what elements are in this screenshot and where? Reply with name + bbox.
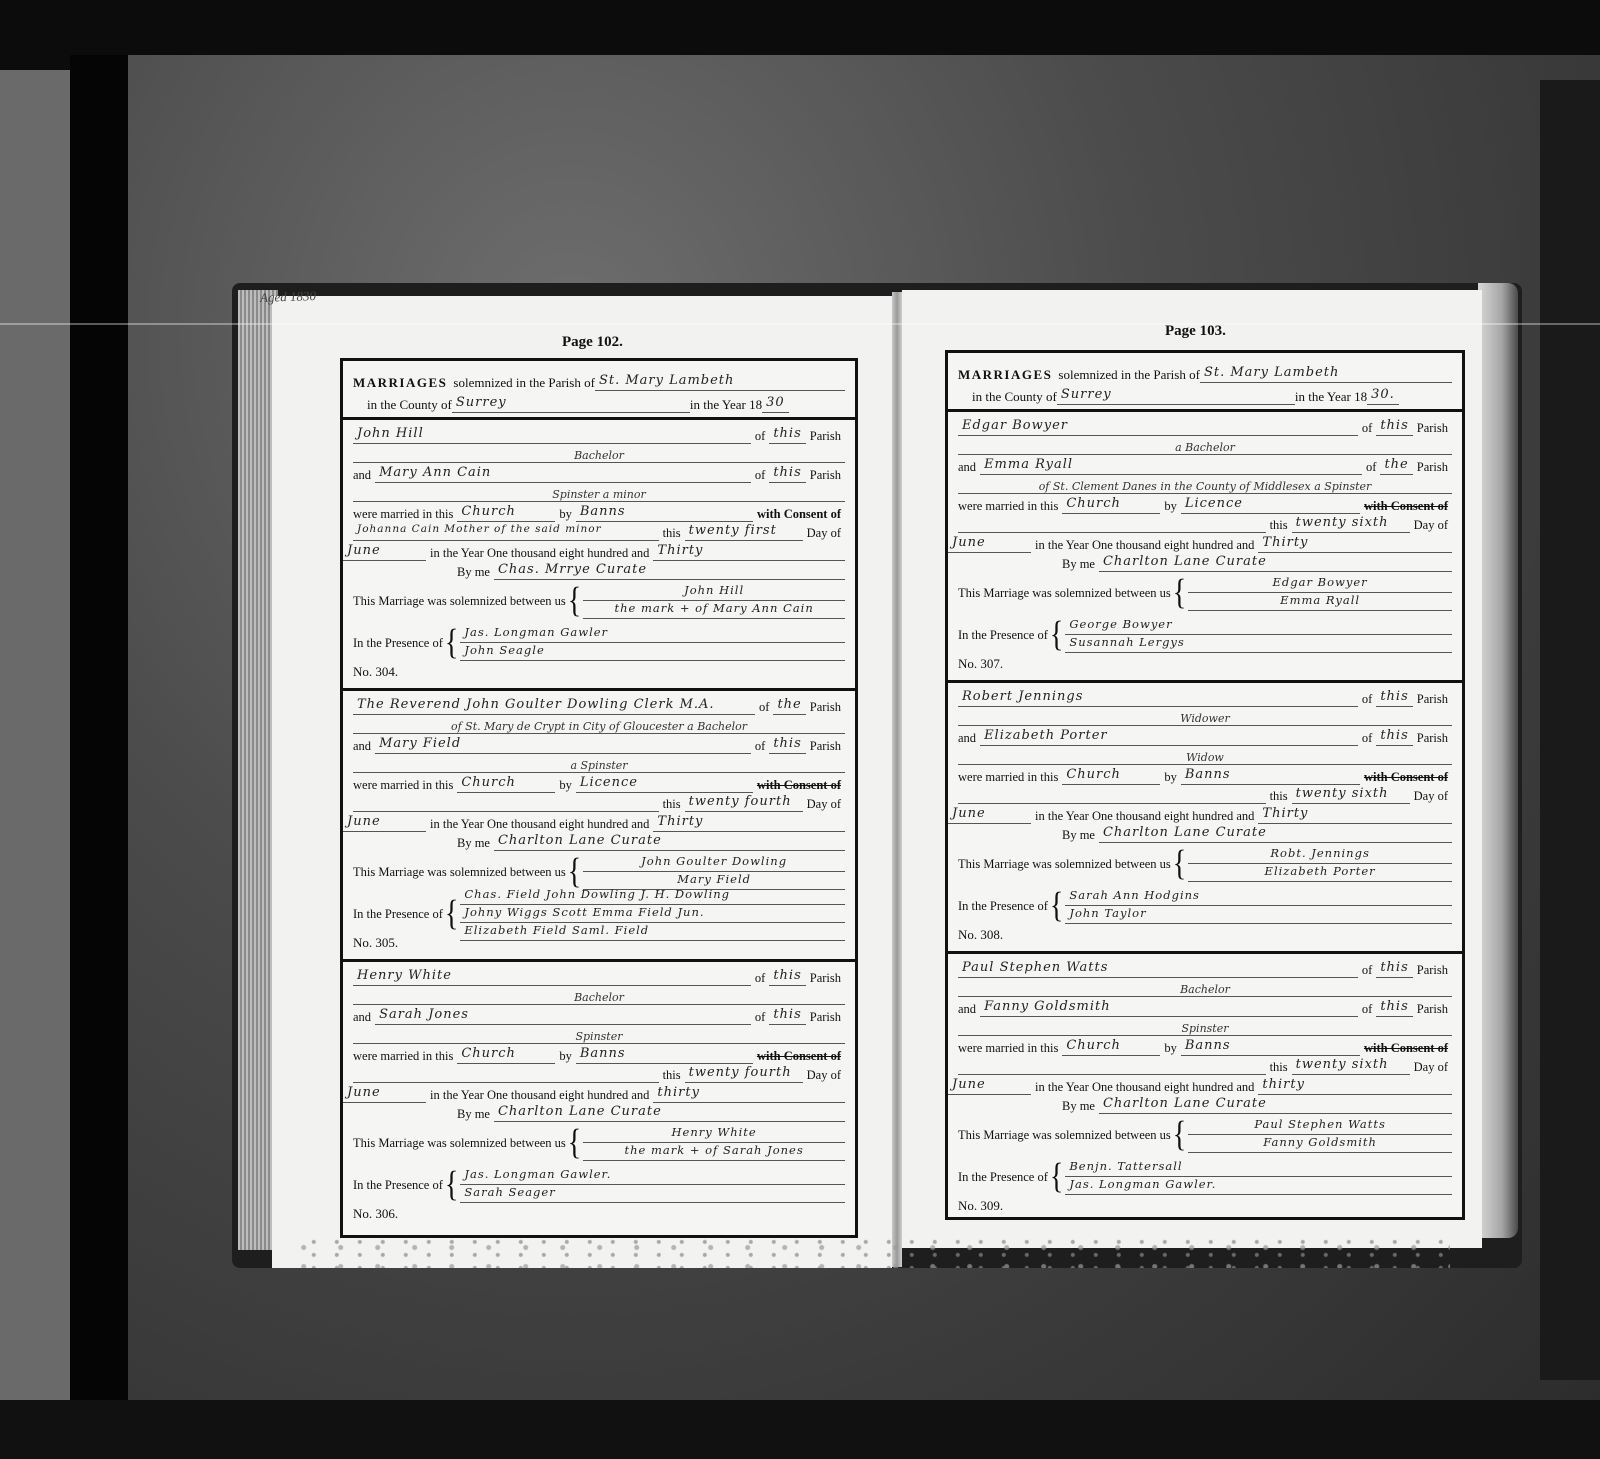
header-parish-line: MARRIAGESsolemnized in the Parish ofSt. … — [958, 361, 1452, 383]
groom-row: Henry WhiteofthisParish — [353, 966, 845, 986]
county-name-field: Surrey — [1057, 387, 1295, 405]
solemnized-between-label: This Marriage was solemnized between us — [353, 865, 566, 880]
officiant-field: Charlton Lane Curate — [1099, 825, 1452, 843]
register-header: MARRIAGESsolemnized in the Parish ofSt. … — [948, 353, 1462, 412]
brace-icon: { — [1173, 1122, 1186, 1148]
signature-list: John Hillthe mark + of Mary Ann Cain — [583, 583, 845, 619]
scanner-left-shadow — [70, 55, 128, 1459]
signature: Henry White — [583, 1125, 845, 1143]
by-me-label: By me — [457, 1107, 490, 1122]
of-label: of — [1366, 460, 1376, 475]
entry-number: No. 306. — [353, 1206, 845, 1224]
bride-parish: this — [1376, 999, 1412, 1017]
bride-condition-row: Spinster — [353, 1025, 845, 1045]
by-me-label: By me — [457, 836, 490, 851]
marriage-entry: Robert JenningsofthisParishWidowerandEli… — [948, 683, 1462, 954]
bride-condition: a Spinster — [353, 759, 845, 773]
day-field: twenty fourth — [685, 794, 803, 812]
consent-label: with Consent of — [1364, 1041, 1448, 1056]
scan-artifact-line — [0, 323, 1600, 325]
parish-label: Parish — [810, 700, 841, 715]
brace-icon: { — [1050, 1164, 1063, 1190]
were-married-label: were married in this — [353, 507, 453, 522]
groom-condition-row: Bachelor — [958, 978, 1452, 998]
presence-label: In the Presence of — [353, 636, 443, 651]
witness: George Bowyer — [1065, 617, 1452, 635]
groom-parish: this — [1376, 960, 1412, 978]
month-year-row: Junein the Year One thousand eight hundr… — [353, 1083, 845, 1103]
officiant-row: By meCharlton Lane Curate — [958, 824, 1452, 844]
this-label: this — [663, 797, 681, 812]
month-field: June — [948, 806, 1031, 824]
year-words-field: Thirty — [1258, 806, 1452, 824]
groom-condition: Bachelor — [353, 449, 845, 463]
groom-row: Robert JenningsofthisParish — [958, 687, 1452, 707]
officiant-field: Charlton Lane Curate — [1099, 554, 1452, 572]
officiant-field: Charlton Lane Curate — [494, 1104, 845, 1122]
bride-condition: of St. Clement Danes in the County of Mi… — [958, 480, 1452, 494]
day-of-label: Day of — [807, 1068, 841, 1083]
brace-icon: { — [568, 859, 581, 885]
of-label: of — [755, 468, 765, 483]
month-year-row: Junein the Year One thousand eight hundr… — [353, 541, 845, 561]
solemnized-between-label: This Marriage was solemnized between us — [353, 1136, 566, 1151]
solemnized-between-label: This Marriage was solemnized between us — [958, 586, 1171, 601]
date-row: thistwenty sixthDay of — [958, 514, 1452, 534]
of-label: of — [1362, 421, 1372, 436]
parish-label: Parish — [1417, 963, 1448, 978]
signature-list: Edgar BowyerEmma Ryall — [1188, 575, 1452, 611]
signature: the mark + of Sarah Jones — [583, 1143, 845, 1161]
of-label: of — [1362, 692, 1372, 707]
year-text-label: in the Year One thousand eight hundred a… — [430, 1088, 649, 1103]
month-year-row: Junein the Year One thousand eight hundr… — [958, 533, 1452, 553]
by-me-label: By me — [1062, 557, 1095, 572]
witness-list: Jas. Longman Gawler.Sarah Seager — [460, 1167, 845, 1203]
marriage-entry: Henry WhiteofthisParishBachelorandSarah … — [343, 962, 855, 1230]
bride-condition: Widow — [958, 751, 1452, 765]
of-label: of — [755, 971, 765, 986]
solemnized-between-label: This Marriage was solemnized between us — [958, 857, 1171, 872]
parish-label: solemnized in the Parish of — [1058, 367, 1200, 383]
bride-condition: Spinster a minor — [353, 488, 845, 502]
entry-number: No. 308. — [958, 927, 1452, 945]
groom-condition-row: of St. Mary de Crypt in City of Gloucest… — [353, 715, 845, 735]
witness-list: Sarah Ann HodginsJohn Taylor — [1065, 888, 1452, 924]
ceremony-place: Church — [1062, 767, 1160, 785]
groom-condition-row: Bachelor — [353, 444, 845, 464]
presence-label: In the Presence of — [353, 907, 443, 922]
presence-label: In the Presence of — [958, 628, 1048, 643]
by-label: by — [559, 1049, 572, 1064]
month-field: June — [948, 535, 1031, 553]
parish-label: Parish — [1417, 1002, 1448, 1017]
groom-parish: this — [1376, 418, 1412, 436]
of-label: of — [1362, 731, 1372, 746]
witness-list: George BowyerSusannah Lergys — [1065, 617, 1452, 653]
signature: John Goulter Dowling — [583, 854, 845, 872]
marriage-entry: Paul Stephen WattsofthisParishBacheloran… — [948, 954, 1462, 1222]
by-me-label: By me — [457, 565, 490, 580]
bride-condition-row: of St. Clement Danes in the County of Mi… — [958, 475, 1452, 495]
ceremony-row: were married in thisChurchbyBannswith Co… — [353, 502, 845, 522]
consent-label: with Consent of — [757, 1049, 841, 1064]
and-label: and — [958, 731, 976, 746]
book-gutter — [892, 292, 902, 1267]
bride-condition-row: Spinster — [958, 1017, 1452, 1037]
year-label: in the Year 18 — [1295, 389, 1367, 405]
brace-icon: { — [445, 901, 458, 927]
witness: Johny Wiggs Scott Emma Field Jun. — [460, 905, 845, 923]
day-field: twenty sixth — [1292, 1057, 1410, 1075]
brace-icon: { — [1173, 580, 1186, 606]
brace-icon: { — [568, 588, 581, 614]
year-text-label: in the Year One thousand eight hundred a… — [1035, 1080, 1254, 1095]
this-label: this — [663, 526, 681, 541]
witness: Susannah Lergys — [1065, 635, 1452, 653]
parish-label: Parish — [810, 468, 841, 483]
this-label: this — [663, 1068, 681, 1083]
ceremony-place: Church — [457, 775, 555, 793]
date-row: thistwenty sixthDay of — [958, 1056, 1452, 1076]
groom-parish: this — [769, 426, 805, 444]
marriage-entry: The Reverend John Goulter Dowling Clerk … — [343, 691, 855, 962]
month-year-row: Junein the Year One thousand eight hundr… — [958, 1075, 1452, 1095]
officiant-field: Charlton Lane Curate — [494, 833, 845, 851]
signature: Robt. Jennings — [1188, 846, 1452, 864]
brace-icon: { — [568, 1130, 581, 1156]
year-text-label: in the Year One thousand eight hundred a… — [1035, 809, 1254, 824]
presence-label: In the Presence of — [353, 1178, 443, 1193]
bride-row: andMary FieldofthisParish — [353, 734, 845, 754]
day-of-label: Day of — [1414, 518, 1448, 533]
officiant-row: By meChas. Mrrye Curate — [353, 561, 845, 581]
consent-of-field: Johanna Cain Mother of the said minor — [353, 523, 659, 541]
signature: the mark + of Mary Ann Cain — [583, 601, 845, 619]
bride-condition: Spinster — [353, 1030, 845, 1044]
by-label: by — [559, 778, 572, 793]
scanner-right-shadow — [1540, 80, 1600, 1380]
were-married-label: were married in this — [353, 1049, 453, 1064]
of-label: of — [755, 739, 765, 754]
consent-of-field — [353, 794, 659, 812]
date-row: thistwenty fourthDay of — [353, 793, 845, 813]
solemnized-between-label: This Marriage was solemnized between us — [353, 594, 566, 609]
by-label: by — [559, 507, 572, 522]
by-label: by — [1164, 499, 1177, 514]
bride-name: Fanny Goldsmith — [980, 999, 1358, 1017]
parish-label: Parish — [810, 739, 841, 754]
witnesses-row: In the Presence of{Jas. Longman Gawler.S… — [353, 1164, 845, 1206]
consent-of-field — [958, 1057, 1266, 1075]
brace-icon: { — [445, 630, 458, 656]
and-label: and — [958, 460, 976, 475]
marriages-heading: MARRIAGES — [958, 367, 1052, 383]
scanner-left-edge — [0, 70, 70, 1400]
county-label: in the County of — [972, 389, 1057, 405]
month-field: June — [343, 814, 426, 832]
month-field: June — [343, 1085, 426, 1103]
witness: John Taylor — [1065, 906, 1452, 924]
presence-label: In the Presence of — [958, 1170, 1048, 1185]
bride-parish: this — [769, 1007, 805, 1025]
witness-list: Benjn. TattersallJas. Longman Gawler. — [1065, 1159, 1452, 1195]
parish-label: Parish — [1417, 421, 1448, 436]
witnesses-row: In the Presence of{Sarah Ann HodginsJohn… — [958, 885, 1452, 927]
year-words-field: thirty — [1258, 1077, 1452, 1095]
brace-icon: { — [1050, 622, 1063, 648]
groom-parish: the — [773, 697, 805, 715]
and-label: and — [353, 1010, 371, 1025]
groom-name: Paul Stephen Watts — [958, 960, 1358, 978]
this-label: this — [1270, 789, 1288, 804]
groom-condition: of St. Mary de Crypt in City of Gloucest… — [353, 720, 845, 734]
parish-label: Parish — [810, 971, 841, 986]
date-row: Johanna Cain Mother of the said minorthi… — [353, 522, 845, 542]
parish-label: Parish — [1417, 692, 1448, 707]
bride-condition-row: Widow — [958, 746, 1452, 766]
entry-number: No. 307. — [958, 656, 1452, 674]
parish-name-field: St. Mary Lambeth — [595, 373, 845, 391]
header-county-line: in the County ofSurreyin the Year 1830 — [353, 391, 845, 413]
signature: Elizabeth Porter — [1188, 864, 1452, 882]
signatures-row: This Marriage was solemnized between us{… — [958, 1114, 1452, 1156]
groom-name: John Hill — [353, 426, 751, 444]
groom-condition-row: Widower — [958, 707, 1452, 727]
bride-parish: this — [769, 736, 805, 754]
witness: Benjn. Tattersall — [1065, 1159, 1452, 1177]
year-suffix-field: 30. — [1367, 387, 1399, 405]
day-field: twenty sixth — [1292, 515, 1410, 533]
bride-row: andMary Ann CainofthisParish — [353, 463, 845, 483]
ceremony-place: Church — [1062, 1038, 1160, 1056]
signatures-row: This Marriage was solemnized between us{… — [958, 843, 1452, 885]
and-label: and — [353, 739, 371, 754]
year-words-field: Thirty — [653, 814, 845, 832]
bride-row: andElizabeth PorterofthisParish — [958, 726, 1452, 746]
signature-list: John Goulter DowlingMary Field — [583, 854, 845, 890]
consent-label: with Consent of — [1364, 770, 1448, 785]
by-me-label: By me — [1062, 1099, 1095, 1114]
and-label: and — [958, 1002, 976, 1017]
signatures-row: This Marriage was solemnized between us{… — [353, 1122, 845, 1164]
bride-row: andFanny GoldsmithofthisParish — [958, 997, 1452, 1017]
witness: Elizabeth Field Saml. Field — [460, 923, 845, 941]
groom-row: The Reverend John Goulter Dowling Clerk … — [353, 695, 845, 715]
ceremony-by: Banns — [576, 1046, 753, 1064]
county-name-field: Surrey — [452, 395, 690, 413]
consent-label: with Consent of — [1364, 499, 1448, 514]
groom-name: Henry White — [353, 968, 751, 986]
bride-row: andEmma RyalloftheParish — [958, 455, 1452, 475]
witnesses-row: In the Presence of{Jas. Longman GawlerJo… — [353, 622, 845, 664]
month-field: June — [343, 543, 426, 561]
this-label: this — [1270, 1060, 1288, 1075]
groom-condition: Widower — [958, 712, 1452, 726]
of-label: of — [755, 429, 765, 444]
consent-of-field — [958, 515, 1266, 533]
bride-name: Mary Field — [375, 736, 751, 754]
and-label: and — [353, 468, 371, 483]
ceremony-place: Church — [457, 1046, 555, 1064]
ceremony-by: Licence — [1181, 496, 1360, 514]
marriages-heading: MARRIAGES — [353, 375, 447, 391]
were-married-label: were married in this — [958, 499, 1058, 514]
page-title-102: Page 102. — [562, 334, 623, 351]
corner-annotation: Aged 1830 — [260, 288, 316, 306]
of-label: of — [1362, 1002, 1372, 1017]
year-words-field: Thirty — [653, 543, 845, 561]
register-header: MARRIAGESsolemnized in the Parish ofSt. … — [343, 361, 855, 420]
by-label: by — [1164, 1041, 1177, 1056]
year-words-field: Thirty — [1258, 535, 1452, 553]
year-label: in the Year 18 — [690, 397, 762, 413]
witness: Jas. Longman Gawler. — [460, 1167, 845, 1185]
bride-row: andSarah JonesofthisParish — [353, 1005, 845, 1025]
page-edges-right — [1478, 283, 1518, 1238]
bride-parish: this — [769, 465, 805, 483]
by-label: by — [1164, 770, 1177, 785]
year-suffix-field: 30 — [762, 395, 789, 413]
ceremony-row: were married in thisChurchbyBannswith Co… — [958, 765, 1452, 785]
bride-condition-row: a Spinster — [353, 754, 845, 774]
presence-label: In the Presence of — [958, 899, 1048, 914]
entry-number: No. 304. — [353, 664, 845, 682]
bride-parish: this — [1376, 728, 1412, 746]
witness: Chas. Field John Dowling J. H. Dowling — [460, 887, 845, 905]
bride-name: Mary Ann Cain — [375, 465, 751, 483]
bride-name: Sarah Jones — [375, 1007, 751, 1025]
parish-label: Parish — [810, 1010, 841, 1025]
groom-condition-row: a Bachelor — [958, 436, 1452, 456]
parish-label: Parish — [1417, 731, 1448, 746]
marriage-entry: John HillofthisParishBachelorandMary Ann… — [343, 420, 855, 691]
officiant-field: Chas. Mrrye Curate — [494, 562, 845, 580]
parish-label: Parish — [810, 429, 841, 444]
signature: Emma Ryall — [1188, 593, 1452, 611]
day-field: twenty fourth — [685, 1065, 803, 1083]
year-words-field: thirty — [653, 1085, 845, 1103]
groom-parish: this — [769, 968, 805, 986]
bride-name: Elizabeth Porter — [980, 728, 1358, 746]
groom-condition: Bachelor — [353, 991, 845, 1005]
parish-label: solemnized in the Parish of — [453, 375, 595, 391]
witness-list: Chas. Field John Dowling J. H. DowlingJo… — [460, 887, 845, 941]
groom-name: Edgar Bowyer — [958, 418, 1358, 436]
month-field: June — [948, 1077, 1031, 1095]
page-title-103: Page 103. — [1165, 323, 1226, 340]
parish-label: Parish — [1417, 460, 1448, 475]
witness: Jas. Longman Gawler. — [1065, 1177, 1452, 1195]
officiant-row: By meCharlton Lane Curate — [353, 832, 845, 852]
ceremony-place: Church — [1062, 496, 1160, 514]
signature: Edgar Bowyer — [1188, 575, 1452, 593]
witnesses-row: In the Presence of{George BowyerSusannah… — [958, 614, 1452, 656]
year-text-label: in the Year One thousand eight hundred a… — [430, 546, 649, 561]
date-row: thistwenty fourthDay of — [353, 1064, 845, 1084]
register-page-102: MARRIAGESsolemnized in the Parish ofSt. … — [340, 358, 858, 1238]
signature: Fanny Goldsmith — [1188, 1135, 1452, 1153]
county-label: in the County of — [367, 397, 452, 413]
groom-name: Robert Jennings — [958, 689, 1358, 707]
groom-row: John HillofthisParish — [353, 424, 845, 444]
ceremony-by: Banns — [576, 504, 753, 522]
day-of-label: Day of — [807, 526, 841, 541]
bride-parish: the — [1380, 457, 1412, 475]
bride-name: Emma Ryall — [980, 457, 1362, 475]
year-text-label: in the Year One thousand eight hundred a… — [1035, 538, 1254, 553]
register-page-103: MARRIAGESsolemnized in the Parish ofSt. … — [945, 350, 1465, 1220]
brace-icon: { — [1173, 851, 1186, 877]
witness: Sarah Ann Hodgins — [1065, 888, 1452, 906]
were-married-label: were married in this — [353, 778, 453, 793]
witness: Jas. Longman Gawler — [460, 625, 845, 643]
witnesses-row: In the Presence of{Benjn. TattersallJas.… — [958, 1156, 1452, 1198]
consent-of-field — [958, 786, 1266, 804]
day-field: twenty first — [685, 523, 803, 541]
were-married-label: were married in this — [958, 1041, 1058, 1056]
signature: John Hill — [583, 583, 845, 601]
marriage-entry: Edgar BowyerofthisParisha BachelorandEmm… — [948, 412, 1462, 683]
ceremony-row: were married in thisChurchbyLicencewith … — [958, 494, 1452, 514]
signature-list: Henry Whitethe mark + of Sarah Jones — [583, 1125, 845, 1161]
groom-condition-row: Bachelor — [353, 986, 845, 1006]
officiant-row: By meCharlton Lane Curate — [958, 1095, 1452, 1115]
brace-icon: { — [445, 1172, 458, 1198]
day-of-label: Day of — [1414, 789, 1448, 804]
this-label: this — [1270, 518, 1288, 533]
ceremony-by: Banns — [1181, 1038, 1360, 1056]
consent-label: with Consent of — [757, 507, 841, 522]
by-me-label: By me — [1062, 828, 1095, 843]
signatures-row: This Marriage was solemnized between us{… — [353, 580, 845, 622]
officiant-row: By meCharlton Lane Curate — [958, 553, 1452, 573]
month-year-row: Junein the Year One thousand eight hundr… — [958, 804, 1452, 824]
ceremony-by: Licence — [576, 775, 753, 793]
groom-parish: this — [1376, 689, 1412, 707]
paper-foxing-spots — [300, 1238, 1450, 1268]
groom-row: Edgar BowyerofthisParish — [958, 416, 1452, 436]
signatures-row: This Marriage was solemnized between us{… — [958, 572, 1452, 614]
ceremony-row: were married in thisChurchbyBannswith Co… — [353, 1044, 845, 1064]
bride-condition: Spinster — [958, 1022, 1452, 1036]
entry-number: No. 309. — [958, 1198, 1452, 1216]
day-field: twenty sixth — [1292, 786, 1410, 804]
ceremony-row: were married in thisChurchbyBannswith Co… — [958, 1036, 1452, 1056]
witness: Sarah Seager — [460, 1185, 845, 1203]
year-text-label: in the Year One thousand eight hundred a… — [430, 817, 649, 832]
groom-name: The Reverend John Goulter Dowling Clerk … — [353, 697, 755, 715]
ceremony-place: Church — [457, 504, 555, 522]
signature: Paul Stephen Watts — [1188, 1117, 1452, 1135]
day-of-label: Day of — [807, 797, 841, 812]
signature-list: Paul Stephen WattsFanny Goldsmith — [1188, 1117, 1452, 1153]
solemnized-between-label: This Marriage was solemnized between us — [958, 1128, 1171, 1143]
groom-row: Paul Stephen WattsofthisParish — [958, 958, 1452, 978]
scanner-bottom-edge — [0, 1400, 1600, 1459]
header-parish-line: MARRIAGESsolemnized in the Parish ofSt. … — [353, 369, 845, 391]
groom-condition: Bachelor — [958, 983, 1452, 997]
header-county-line: in the County ofSurreyin the Year 1830. — [958, 383, 1452, 405]
ceremony-row: were married in thisChurchbyLicencewith … — [353, 773, 845, 793]
officiant-field: Charlton Lane Curate — [1099, 1096, 1452, 1114]
date-row: thistwenty sixthDay of — [958, 785, 1452, 805]
officiant-row: By meCharlton Lane Curate — [353, 1103, 845, 1123]
bride-condition-row: Spinster a minor — [353, 483, 845, 503]
parish-name-field: St. Mary Lambeth — [1200, 365, 1452, 383]
brace-icon: { — [1050, 893, 1063, 919]
consent-of-field — [353, 1065, 659, 1083]
